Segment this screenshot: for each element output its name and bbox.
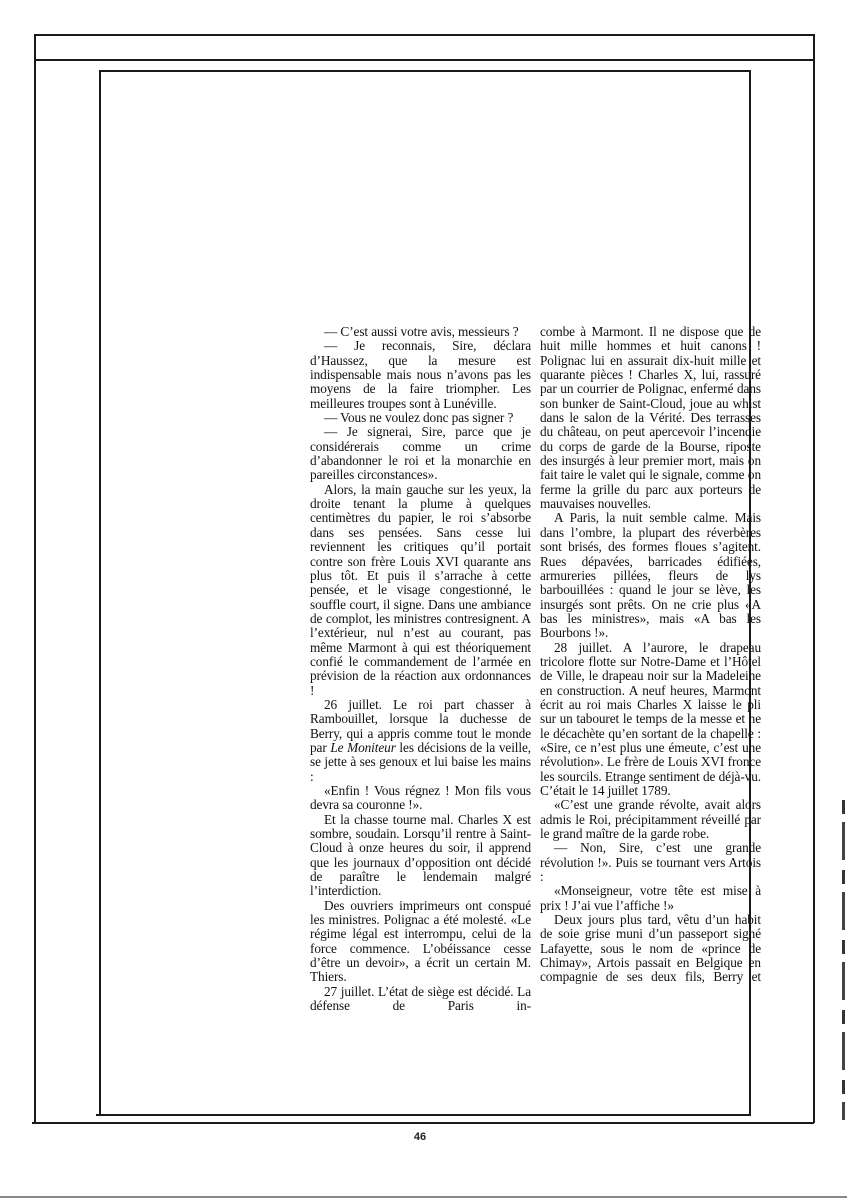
outer-frame-left-rule: [34, 34, 36, 1123]
inner-box-left-rule: [99, 70, 101, 1115]
paragraph: «C’est une grande révolte, avait alors a…: [540, 798, 761, 841]
paragraph: Des ouvriers imprimeurs ont conspué les …: [310, 899, 531, 985]
paragraph: «Enfin ! Vous régnez ! Mon fils vous dev…: [310, 784, 531, 813]
inner-box-top-rule: [100, 70, 751, 72]
header-rule: [35, 59, 815, 61]
newspaper-title: Le Moniteur: [330, 740, 395, 755]
paragraph: — Je reconnais, Sire, déclara d’Haussez,…: [310, 339, 531, 411]
paragraph: — Vous ne voulez donc pas signer ?: [310, 411, 531, 425]
outer-frame-top-rule: [35, 34, 815, 36]
paragraph: Alors, la main gauche sur les yeux, la d…: [310, 483, 531, 698]
page-number: 46: [400, 1131, 440, 1143]
paragraph: 26 juillet. Le roi part chasser à Rambou…: [310, 698, 531, 784]
scan-edge-artifact: [842, 800, 845, 1120]
outer-frame-right-rule: [813, 34, 815, 1123]
text-column-1: — C’est aussi votre avis, messieurs ? — …: [310, 325, 531, 1014]
paragraph: — C’est aussi votre avis, messieurs ?: [310, 325, 531, 339]
paragraph: Et la chasse tourne mal. Charles X est s…: [310, 813, 531, 899]
paragraph: 28 juillet. A l’aurore, le drapeau trico…: [540, 641, 761, 799]
paragraph: Deux jours plus tard, vêtu d’un habit de…: [540, 913, 761, 985]
text-column-2: combe à Marmont. Il ne dispose que de hu…: [540, 325, 761, 985]
page-bottom-edge: [0, 1196, 847, 1198]
paragraph-continued: combe à Marmont. Il ne dispose que de hu…: [540, 325, 761, 511]
outer-frame-bottom-rule: [32, 1122, 814, 1124]
paragraph: 27 juillet. L’état de siège est décidé. …: [310, 985, 531, 1014]
paragraph: A Paris, la nuit semble calme. Mais dans…: [540, 511, 761, 640]
inner-box-bottom-rule: [96, 1114, 751, 1116]
paragraph: «Monseigneur, votre tête est mise à prix…: [540, 884, 761, 913]
paragraph: — Non, Sire, c’est une grande révolution…: [540, 841, 761, 884]
paragraph: — Je signerai, Sire, parce que je consid…: [310, 425, 531, 482]
